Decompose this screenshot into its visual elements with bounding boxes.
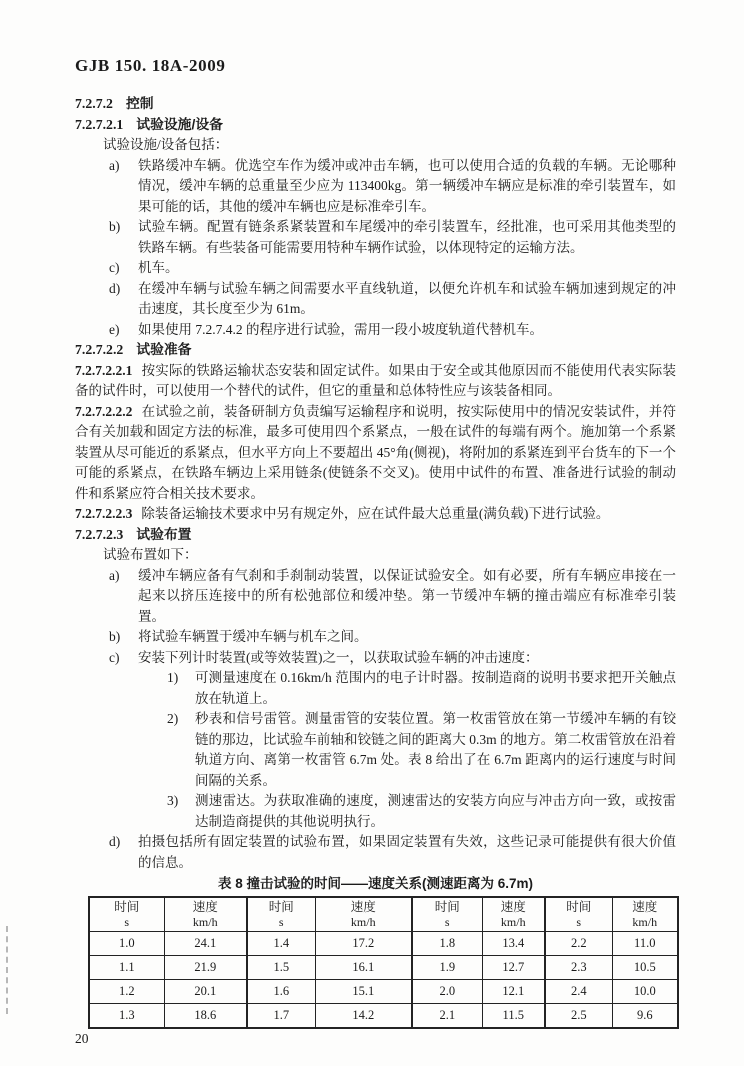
- col-header-time: 时间s: [412, 897, 482, 932]
- cell: 10.5: [612, 956, 678, 980]
- page-number: 20: [75, 1029, 676, 1050]
- cell: 2.3: [545, 956, 612, 980]
- cell: 1.4: [247, 932, 315, 956]
- cell: 16.1: [315, 956, 412, 980]
- list-marker: 2): [167, 709, 195, 791]
- cell: 1.8: [412, 932, 482, 956]
- document-page: GJB 150. 18A-2009 7.2.7.2控制 7.2.7.2.1试验设…: [0, 0, 744, 1066]
- clause-text: 按实际的铁路运输状态安装和固定试件。如果由于安全或其他原因而不能使用代表实际装备…: [75, 363, 676, 399]
- section-title: 试验布置: [136, 527, 191, 542]
- cell: 21.9: [164, 956, 247, 980]
- clause-7-2-7-2-2-3: 7.2.7.2.2.3除装备运输技术要求中另有规定外，应在试件最大总重量(满负载…: [75, 504, 676, 525]
- clause-text: 在试验之前，装备研制方负责编写运输程序和说明，按实际使用中的情况安装试件，并符合…: [75, 404, 676, 501]
- clause-number: 7.2.7.2.2.2: [75, 404, 132, 419]
- sublist-item-3: 3) 测速雷达。为获取准确的速度，测速雷达的安装方向应与冲击方向一致，或按雷达制…: [75, 791, 676, 832]
- cell: 1.3: [89, 1004, 164, 1029]
- list-item-a: a) 缓冲车辆应备有气刹和手刹制动装置，以保证试验安全。如有必要，所有车辆应串接…: [75, 566, 676, 628]
- list-text: 如果使用 7.2.7.4.2 的程序进行试验，需用一段小坡度轨道代替机车。: [138, 320, 676, 341]
- list-text: 在缓冲车辆与试验车辆之间需要水平直线轨道，以便允许机车和试验车辆加速到规定的冲击…: [138, 279, 676, 320]
- cell: 20.1: [164, 980, 247, 1004]
- clause-text: 除装备运输技术要求中另有规定外，应在试件最大总重量(满负载)下进行试验。: [141, 506, 609, 521]
- list-text: 秒表和信号雷管。测量雷管的安装位置。第一枚雷管放在第一节缓冲车辆的有铰链的那边，…: [195, 709, 676, 791]
- list-item-a: a) 铁路缓冲车辆。优选空车作为缓冲或冲击车辆，也可以使用合适的负载的车辆。无论…: [75, 156, 676, 218]
- list-text: 试验车辆。配置有链条系紧装置和车尾缓冲的牵引装置车，经批准，也可采用其他类型的铁…: [138, 217, 676, 258]
- cell: 18.6: [164, 1004, 247, 1029]
- col-header-speed: 速度km/h: [482, 897, 545, 932]
- table-header-row: 时间s 速度km/h 时间s 速度km/h 时间s 速度km/h 时间s 速度k…: [89, 897, 678, 932]
- list-text: 拍摄包括所有固定装置的试验布置，如果固定装置有失效，这些记录可能提供有很大价值的…: [138, 832, 676, 873]
- col-header-speed: 速度km/h: [612, 897, 678, 932]
- list-text: 机车。: [138, 258, 676, 279]
- list-text: 测速雷达。为获取准确的速度，测速雷达的安装方向应与冲击方向一致，或按雷达制造商提…: [195, 791, 676, 832]
- list-item-c: c) 安装下列计时装置(或等效装置)之一，以获取试验车辆的冲击速度：: [75, 648, 676, 669]
- cell: 1.5: [247, 956, 315, 980]
- section-title: 试验设施/设备: [136, 117, 223, 132]
- list-marker: c): [109, 648, 138, 669]
- section-number: 7.2.7.2.3: [75, 527, 123, 542]
- doc-number: GJB 150. 18A-2009: [75, 56, 225, 76]
- cell: 11.5: [482, 1004, 545, 1029]
- cell: 1.2: [89, 980, 164, 1004]
- cell: 12.1: [482, 980, 545, 1004]
- cell: 2.1: [412, 1004, 482, 1029]
- table-row: 1.3 18.6 1.7 14.2 2.1 11.5 2.5 9.6: [89, 1004, 678, 1029]
- page-body: 7.2.7.2控制 7.2.7.2.1试验设施/设备 试验设施/设备包括： a)…: [75, 94, 676, 1050]
- sublist-item-1: 1) 可测量速度在 0.16km/h 范围内的电子计时器。按制造商的说明书要求把…: [75, 668, 676, 709]
- list-text: 铁路缓冲车辆。优选空车作为缓冲或冲击车辆，也可以使用合适的负载的车辆。无论哪种情…: [138, 156, 676, 218]
- section-heading-7-2-7-2-1: 7.2.7.2.1试验设施/设备: [75, 115, 676, 136]
- section-title: 试验准备: [136, 342, 191, 357]
- table-title: 表 8 撞击试验的时间——速度关系(测速距离为 6.7m): [75, 874, 676, 894]
- cell: 2.2: [545, 932, 612, 956]
- col-header-time: 时间s: [247, 897, 315, 932]
- cell: 9.6: [612, 1004, 678, 1029]
- list-item-e: e) 如果使用 7.2.7.4.2 的程序进行试验，需用一段小坡度轨道代替机车。: [75, 320, 676, 341]
- section-heading-7-2-7-2-2: 7.2.7.2.2试验准备: [75, 340, 676, 361]
- col-header-time: 时间s: [89, 897, 164, 932]
- cell: 24.1: [164, 932, 247, 956]
- binding-mark: [6, 926, 8, 1014]
- cell: 12.7: [482, 956, 545, 980]
- cell: 13.4: [482, 932, 545, 956]
- speed-time-table: 时间s 速度km/h 时间s 速度km/h 时间s 速度km/h 时间s 速度k…: [88, 896, 679, 1029]
- list-marker: d): [109, 279, 138, 320]
- cell: 11.0: [612, 932, 678, 956]
- cell: 10.0: [612, 980, 678, 1004]
- list-item-d: d) 在缓冲车辆与试验车辆之间需要水平直线轨道，以便允许机车和试验车辆加速到规定…: [75, 279, 676, 320]
- clause-7-2-7-2-2-2: 7.2.7.2.2.2在试验之前，装备研制方负责编写运输程序和说明，按实际使用中…: [75, 402, 676, 505]
- list-marker: a): [109, 156, 138, 218]
- layout-intro: 试验布置如下：: [75, 545, 676, 566]
- list-text: 将试验车辆置于缓冲车辆与机车之间。: [138, 627, 676, 648]
- list-marker: c): [109, 258, 138, 279]
- section-title: 控制: [126, 96, 154, 111]
- list-marker: e): [109, 320, 138, 341]
- list-item-b: b) 将试验车辆置于缓冲车辆与机车之间。: [75, 627, 676, 648]
- cell: 2.4: [545, 980, 612, 1004]
- section-number: 7.2.7.2.2: [75, 342, 123, 357]
- table-row: 1.1 21.9 1.5 16.1 1.9 12.7 2.3 10.5: [89, 956, 678, 980]
- list-text: 可测量速度在 0.16km/h 范围内的电子计时器。按制造商的说明书要求把开关触…: [195, 668, 676, 709]
- section-number: 7.2.7.2.1: [75, 117, 123, 132]
- section-heading-7-2-7-2-3: 7.2.7.2.3试验布置: [75, 525, 676, 546]
- cell: 2.0: [412, 980, 482, 1004]
- col-header-speed: 速度km/h: [164, 897, 247, 932]
- cell: 2.5: [545, 1004, 612, 1029]
- col-header-speed: 速度km/h: [315, 897, 412, 932]
- clause-number: 7.2.7.2.2.1: [75, 363, 132, 378]
- list-text: 安装下列计时装置(或等效装置)之一，以获取试验车辆的冲击速度：: [138, 648, 676, 669]
- list-item-c: c) 机车。: [75, 258, 676, 279]
- list-marker: b): [109, 627, 138, 648]
- table-row: 1.2 20.1 1.6 15.1 2.0 12.1 2.4 10.0: [89, 980, 678, 1004]
- clause-number: 7.2.7.2.2.3: [75, 506, 132, 521]
- sublist-item-2: 2) 秒表和信号雷管。测量雷管的安装位置。第一枚雷管放在第一节缓冲车辆的有铰链的…: [75, 709, 676, 791]
- cell: 1.9: [412, 956, 482, 980]
- cell: 1.7: [247, 1004, 315, 1029]
- table-row: 1.0 24.1 1.4 17.2 1.8 13.4 2.2 11.0: [89, 932, 678, 956]
- cell: 14.2: [315, 1004, 412, 1029]
- cell: 15.1: [315, 980, 412, 1004]
- clause-7-2-7-2-2-1: 7.2.7.2.2.1按实际的铁路运输状态安装和固定试件。如果由于安全或其他原因…: [75, 361, 676, 402]
- list-marker: 3): [167, 791, 195, 832]
- cell: 1.1: [89, 956, 164, 980]
- cell: 1.6: [247, 980, 315, 1004]
- list-item-b: b) 试验车辆。配置有链条系紧装置和车尾缓冲的牵引装置车，经批准，也可采用其他类…: [75, 217, 676, 258]
- col-header-time: 时间s: [545, 897, 612, 932]
- cell: 17.2: [315, 932, 412, 956]
- list-marker: d): [109, 832, 138, 873]
- section-number: 7.2.7.2: [75, 96, 113, 111]
- equip-intro: 试验设施/设备包括：: [75, 135, 676, 156]
- list-marker: b): [109, 217, 138, 258]
- cell: 1.0: [89, 932, 164, 956]
- list-text: 缓冲车辆应备有气刹和手刹制动装置，以保证试验安全。如有必要，所有车辆应串接在一起…: [138, 566, 676, 628]
- list-marker: a): [109, 566, 138, 628]
- section-heading-7-2-7-2: 7.2.7.2控制: [75, 94, 676, 115]
- list-marker: 1): [167, 668, 195, 709]
- list-item-d: d) 拍摄包括所有固定装置的试验布置，如果固定装置有失效，这些记录可能提供有很大…: [75, 832, 676, 873]
